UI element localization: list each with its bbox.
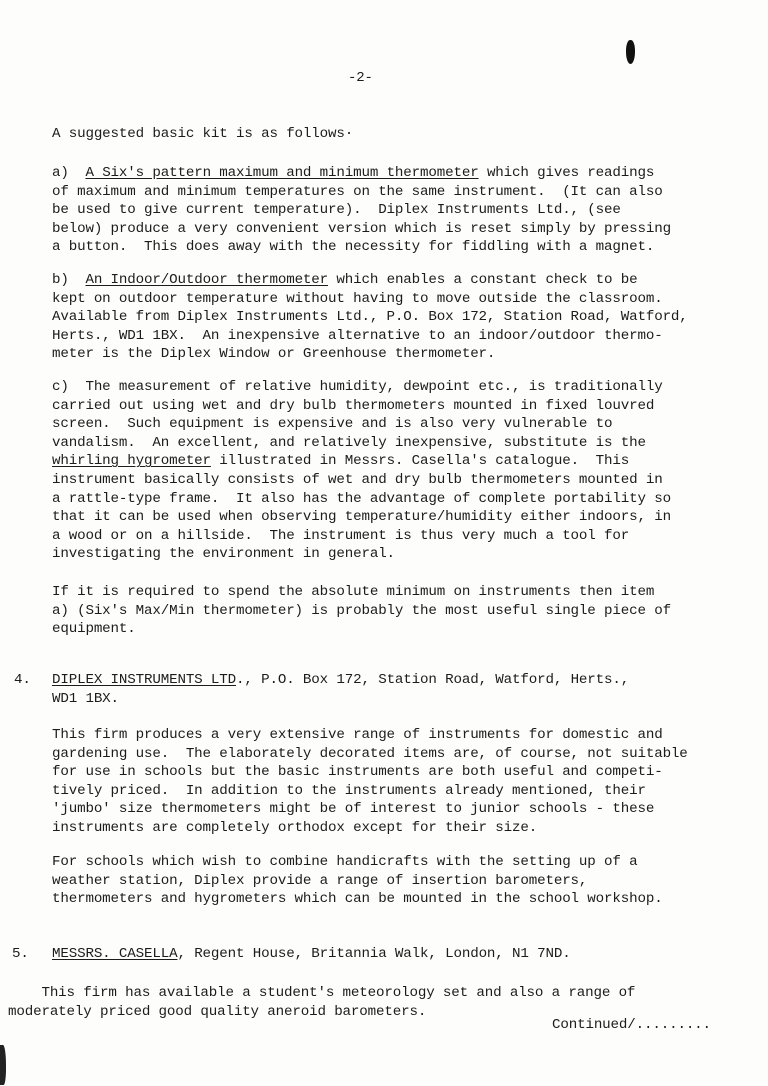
item-b-line: Herts., WD1 1BX. An inexpensive alternat… [52, 327, 752, 346]
section-4-address: ., P.O. Box 172, Station Road, Watford, … [236, 672, 629, 688]
ink-blot [626, 40, 635, 64]
paragraph-line: tively priced. In addition to the instru… [52, 782, 752, 801]
paragraph-line: gardening use. The elaborately decorated… [52, 745, 752, 764]
paragraph-line: 'jumbo' size thermometers might be of in… [52, 800, 752, 819]
section-5-name: MESSRS. CASELLA [52, 946, 177, 962]
paragraph-line: weather station, Diplex provide a range … [52, 872, 752, 891]
section-4-paragraph-2: For schools which wish to combine handic… [52, 853, 752, 909]
item-b-line: kept on outdoor temperature without havi… [52, 290, 752, 309]
section-5-address: , Regent House, Britannia Walk, London, … [177, 946, 570, 962]
paragraph-line: This firm has available a student's mete… [8, 984, 758, 1003]
intro-text: A suggested basic kit is as follows· [52, 125, 353, 143]
section-4-name: DIPLEX INSTRUMENTS LTD [52, 672, 236, 688]
paragraph-line: For schools which wish to combine handic… [52, 853, 752, 872]
scan-edge-mark [0, 1045, 6, 1085]
item-b-title: An Indoor/Outdoor thermometer [85, 272, 328, 288]
item-a-label: a) [52, 165, 69, 181]
document-page: -2- A suggested basic kit is as follows·… [0, 0, 768, 1086]
item-a: a) A Six's pattern maximum and minimum t… [52, 164, 752, 257]
page-number: -2- [348, 70, 373, 86]
paragraph-line: instruments are completely orthodox exce… [52, 819, 752, 838]
item-b-line: which enables a constant check to be [328, 272, 637, 288]
paragraph-line: thermometers and hygrometers which can b… [52, 890, 752, 909]
item-c-title: whirling hygrometer [52, 453, 211, 469]
paragraph-line: This firm produces a very extensive rang… [52, 726, 752, 745]
item-c-line: vandalism. An excellent, and relatively … [52, 434, 752, 453]
summary-line: If it is required to spend the absolute … [52, 583, 752, 602]
item-c-line: a wood or on a hillside. The instrument … [52, 527, 752, 546]
continued-marker: Continued/......... [552, 1016, 711, 1034]
item-b-line: Available from Diplex Instruments Ltd., … [52, 308, 752, 327]
section-4-heading: DIPLEX INSTRUMENTS LTD., P.O. Box 172, S… [52, 671, 752, 708]
item-a-line: which gives readings [479, 165, 655, 181]
item-c-line: carried out using wet and dry bulb therm… [52, 397, 752, 416]
item-b-label: b) [52, 272, 69, 288]
item-a-line: be used to give current temperature). Di… [52, 201, 752, 220]
item-c-line: that it can be used when observing tempe… [52, 508, 752, 527]
item-c-line: screen. Such equipment is expensive and … [52, 415, 752, 434]
paragraph-line: for use in schools but the basic instrum… [52, 763, 752, 782]
section-5-number: 5. [12, 945, 29, 963]
section-5-heading: MESSRS. CASELLA, Regent House, Britannia… [52, 945, 752, 964]
section-4-number: 4. [14, 671, 31, 689]
item-c-line: c) The measurement of relative humidity,… [52, 378, 752, 397]
item-a-line: of maximum and minimum temperatures on t… [52, 183, 752, 202]
item-c-line: illustrated in Messrs. Casella's catalog… [211, 453, 629, 469]
summary-line: a) (Six's Max/Min thermometer) is probab… [52, 602, 752, 621]
section-4-address-line2: WD1 1BX. [52, 690, 752, 709]
item-a-line: a button. This does away with the necess… [52, 238, 752, 257]
item-c-line: investigating the environment in general… [52, 545, 752, 564]
section-4-paragraph-1: This firm produces a very extensive rang… [52, 726, 752, 838]
item-b-line: meter is the Diplex Window or Greenhouse… [52, 345, 752, 364]
item-c: c) The measurement of relative humidity,… [52, 378, 752, 564]
item-b: b) An Indoor/Outdoor thermometer which e… [52, 271, 752, 364]
item-a-title: A Six's pattern maximum and minimum ther… [85, 165, 478, 181]
item-a-line: below) produce a very convenient version… [52, 220, 752, 239]
summary-line: equipment. [52, 620, 752, 639]
item-c-line: instrument basically consists of wet and… [52, 471, 752, 490]
item-c-line: a rattle-type frame. It also has the adv… [52, 490, 752, 509]
summary-paragraph: If it is required to spend the absolute … [52, 583, 752, 639]
